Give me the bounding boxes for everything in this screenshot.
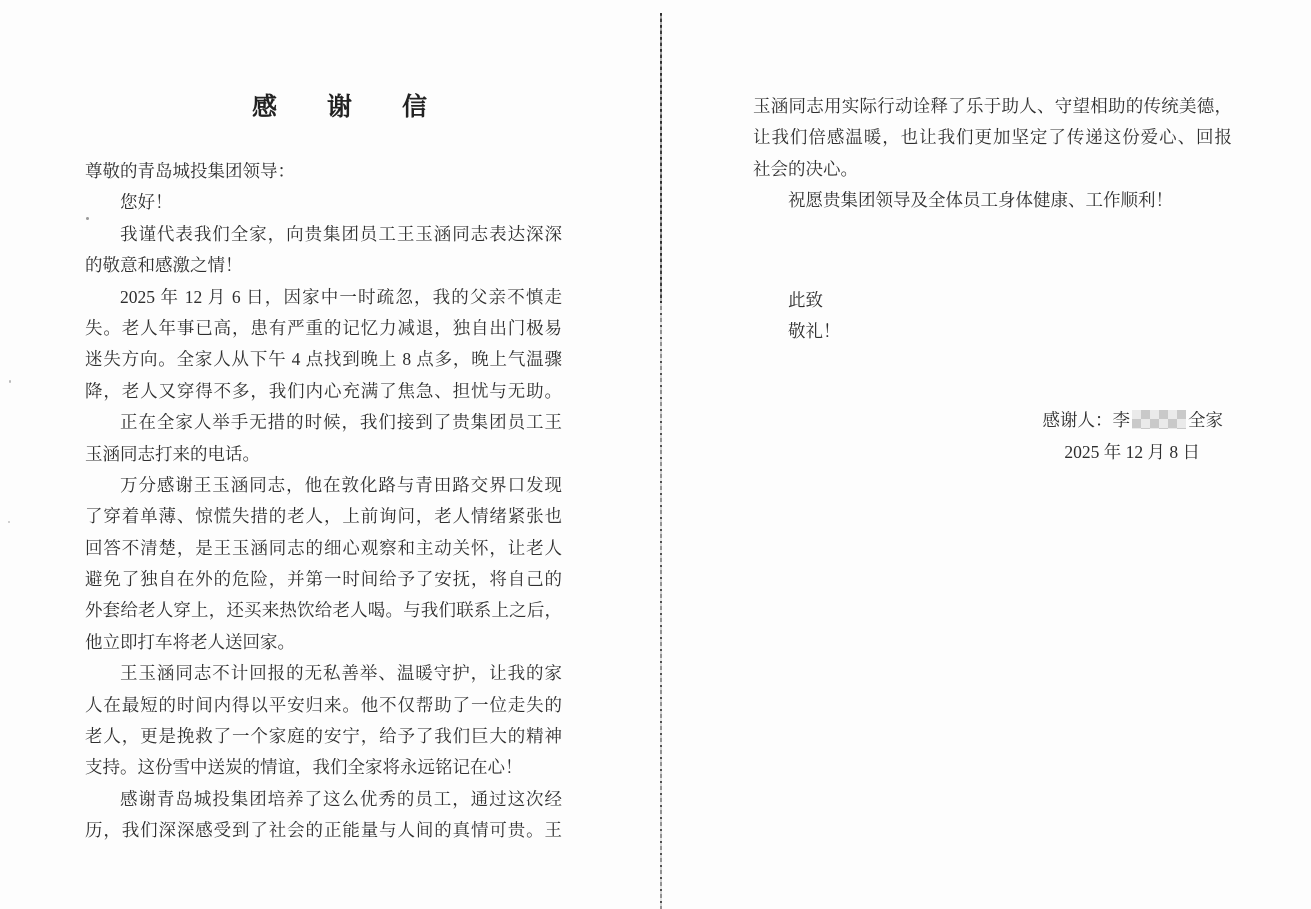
- letter-line: 降，老人又穿得不多，我们内心充满了焦急、担忧与无助。: [85, 376, 562, 407]
- letter-line: 历，我们深深感受到了社会的正能量与人间的真情可贵。王: [85, 815, 562, 846]
- signature-line: 感谢人：李全家: [753, 405, 1232, 436]
- letter-line: 祝愿贵集团领导及全体员工身体健康、工作顺利！: [753, 185, 1232, 216]
- scan-speck: [8, 521, 10, 523]
- letter-line: 避免了独自在外的危险，并第一时间给予了安抚，将自己的: [85, 564, 562, 595]
- letter-line: 感谢青岛城投集团培养了这么优秀的员工，通过这次经: [85, 784, 562, 815]
- letter-closing: 此致 敬礼！: [753, 285, 1232, 348]
- letter-line: 外套给老人穿上，还买来热饮给老人喝。与我们联系上之后，: [85, 595, 562, 626]
- signature-date: 2025 年 12 月 8 日: [753, 437, 1232, 468]
- page-fold-line-top: [660, 13, 662, 303]
- letter-line: 让我们倍感温暖，也让我们更加坚定了传递这份爱心、回报: [753, 122, 1232, 153]
- letter-page-2: 玉涵同志用实际行动诠释了乐于助人、守望相助的传统美德，让我们倍感温暖，也让我们更…: [753, 91, 1232, 468]
- scanned-letter-spread: 感谢信 尊敬的青岛城投集团领导：您好！我谨代表我们全家，向贵集团员工王玉涵同志表…: [0, 0, 1311, 909]
- letter-line: 玉涵同志用实际行动诠释了乐于助人、守望相助的传统美德，: [753, 91, 1232, 122]
- closing-jingli: 敬礼！: [753, 316, 1232, 347]
- letter-line: 回答不清楚，是王玉涵同志的细心观察和主动关怀，让老人: [85, 533, 562, 564]
- letter-line: 他立即打车将老人送回家。: [85, 627, 562, 658]
- letter-line: 我谨代表我们全家，向贵集团员工王玉涵同志表达深深: [85, 219, 562, 250]
- letter-line: 支持。这份雪中送炭的情谊，我们全家将永远铭记在心！: [85, 752, 562, 783]
- letter-page-1: 感谢信 尊敬的青岛城投集团领导：您好！我谨代表我们全家，向贵集团员工王玉涵同志表…: [85, 95, 562, 847]
- letter-line: 王玉涵同志不计回报的无私善举、温暖守护，让我的家: [85, 658, 562, 689]
- redacted-name-mosaic: [1132, 410, 1186, 429]
- letter-line: 失。老人年事已高，患有严重的记忆力减退，独自出门极易: [85, 313, 562, 344]
- letter-body-page-1: 尊敬的青岛城投集团领导：您好！我谨代表我们全家，向贵集团员工王玉涵同志表达深深的…: [85, 156, 562, 847]
- letter-line: 尊敬的青岛城投集团领导：: [85, 156, 562, 187]
- letter-line: 老人，更是挽救了一个家庭的安宁，给予了我们巨大的精神: [85, 721, 562, 752]
- letter-line: 玉涵同志打来的电话。: [85, 439, 562, 470]
- letter-line: 正在全家人举手无措的时候，我们接到了贵集团员工王: [85, 407, 562, 438]
- signature-suffix: 全家: [1188, 410, 1223, 430]
- letter-body-page-2: 玉涵同志用实际行动诠释了乐于助人、守望相助的传统美德，让我们倍感温暖，也让我们更…: [753, 91, 1232, 217]
- letter-line: 人在最短的时间内得以平安归来。他不仅帮助了一位走失的: [85, 690, 562, 721]
- letter-title: 感谢信: [85, 95, 562, 120]
- letter-line: 2025 年 12 月 6 日，因家中一时疏忽，我的父亲不慎走: [85, 282, 562, 313]
- scan-speck: [9, 380, 11, 383]
- letter-line: 的敬意和感激之情！: [85, 250, 562, 281]
- letter-line: 您好！: [85, 187, 562, 218]
- letter-line: 社会的决心。: [753, 154, 1232, 185]
- letter-line: 万分感谢王玉涵同志，他在敦化路与青田路交界口发现: [85, 470, 562, 501]
- letter-line: 迷失方向。全家人从下午 4 点找到晚上 8 点多，晚上气温骤: [85, 344, 562, 375]
- signature-prefix: 感谢人：李: [1043, 410, 1131, 430]
- closing-cizhi: 此致: [753, 285, 1232, 316]
- letter-line: 了穿着单薄、惊慌失措的老人，上前询问，老人情绪紧张也: [85, 501, 562, 532]
